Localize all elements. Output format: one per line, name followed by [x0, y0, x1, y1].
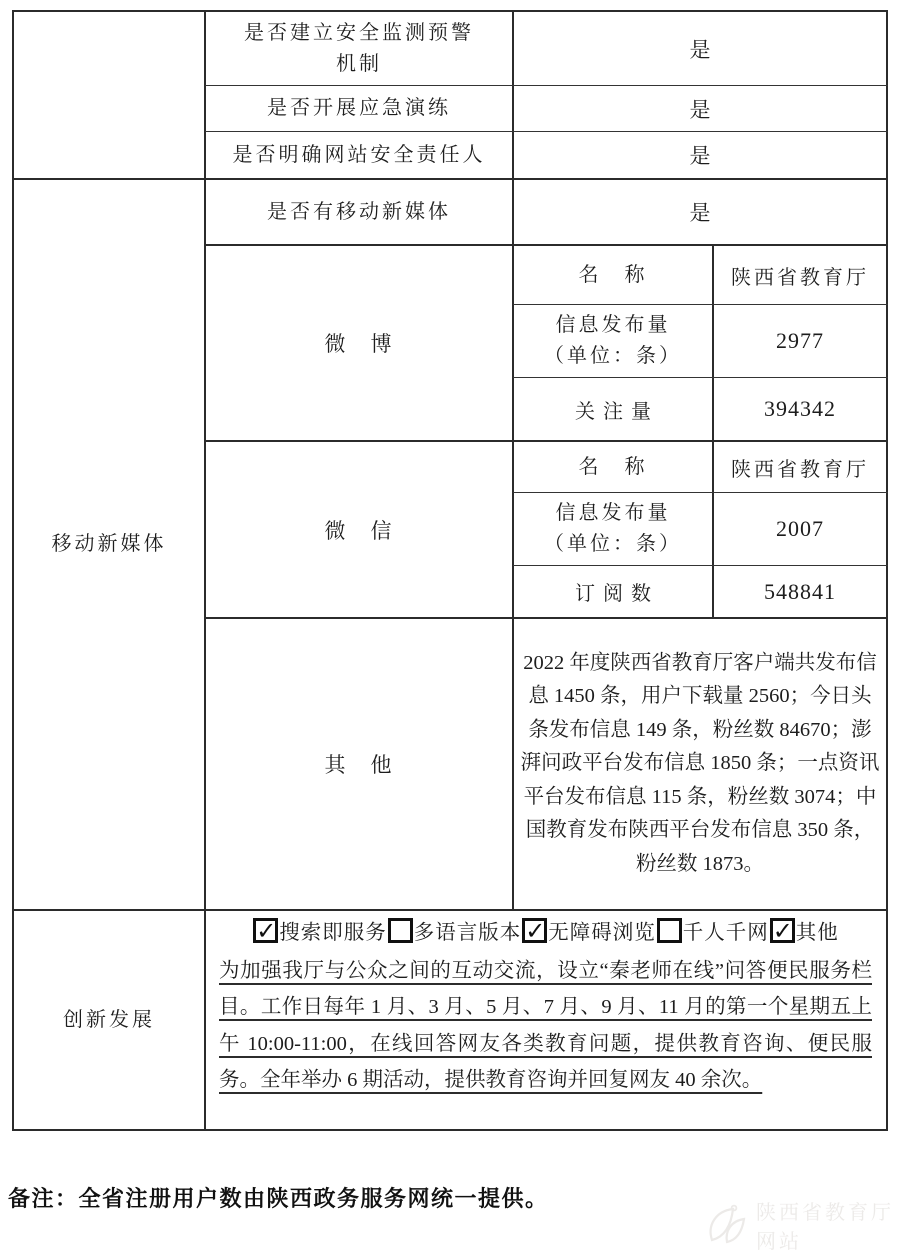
has-mobile-value: 是: [514, 180, 886, 244]
section-label-mobile-media: 移动新媒体: [14, 180, 204, 909]
wechat-subscribers-value: 548841: [714, 566, 886, 617]
checkbox-label: 千人千网: [683, 922, 769, 944]
weibo-posts-value: 2977: [714, 305, 886, 377]
weibo-name-label: 名 称: [514, 246, 712, 304]
leaf-logo-icon: [700, 1200, 750, 1251]
security-row-label: 是否建立安全监测预警 机制: [206, 12, 512, 85]
innovation-cell: 搜索即服务多语言版本无障碍浏览千人千网其他 为加强我厅与公众之间的互动交流，设立…: [206, 911, 887, 1128]
weibo-posts-label: 信息发布量 （单位：条）: [514, 305, 712, 377]
checkbox-label: 搜索即服务: [279, 922, 387, 944]
watermark: 陕西省教育厅网站: [700, 1196, 900, 1254]
wechat-posts-label: 信息发布量 （单位：条）: [514, 493, 712, 565]
section-label-innovation: 创新发展: [14, 911, 204, 1129]
other-media-description: 2022 年度陕西省教育厅客户端共发布信息 1450 条，用户下载量 2560；…: [514, 619, 886, 909]
other-group-label: 其 他: [206, 619, 512, 909]
innovation-description: 为加强我厅与公众之间的互动交流，设立“秦老师在线”问答便民服务栏目。工作日每年 …: [219, 953, 872, 1099]
checked-checkbox-icon: [522, 918, 547, 943]
checkbox-label: 其他: [796, 922, 839, 944]
wechat-posts-value: 2007: [714, 493, 886, 565]
security-row-value: 是: [514, 132, 886, 178]
wechat-name-value: 陕西省教育厅: [714, 442, 886, 492]
weibo-name-value: 陕西省教育厅: [714, 246, 886, 304]
security-row-value: 是: [514, 86, 886, 131]
weibo-followers-value: 394342: [714, 378, 886, 440]
has-mobile-label: 是否有移动新媒体: [206, 180, 512, 244]
empty-section-cell: [14, 12, 204, 178]
checkbox-row: 搜索即服务多语言版本无障碍浏览千人千网其他: [219, 916, 872, 953]
wechat-group-label: 微 信: [206, 442, 512, 617]
checkbox-label: 无障碍浏览: [548, 922, 656, 944]
checked-checkbox-icon: [253, 918, 278, 943]
checkbox-label: 多语言版本: [414, 922, 522, 944]
unchecked-checkbox-icon: [388, 918, 413, 943]
unchecked-checkbox-icon: [657, 918, 682, 943]
security-row-value: 是: [514, 12, 886, 85]
security-row-label: 是否明确网站安全责任人: [206, 132, 512, 178]
weibo-group-label: 微 博: [206, 246, 512, 440]
wechat-name-label: 名 称: [514, 442, 712, 492]
wechat-subscribers-label: 订阅数: [514, 566, 712, 617]
weibo-followers-label: 关注量: [514, 378, 712, 440]
watermark-text: 陕西省教育厅网站: [756, 1196, 900, 1254]
security-row-label: 是否开展应急演练: [206, 86, 512, 131]
checked-checkbox-icon: [770, 918, 795, 943]
table-border-bottom: [12, 1129, 888, 1131]
footer-note: 备注：全省注册用户数由陕西政务服务网统一提供。: [8, 1182, 549, 1213]
